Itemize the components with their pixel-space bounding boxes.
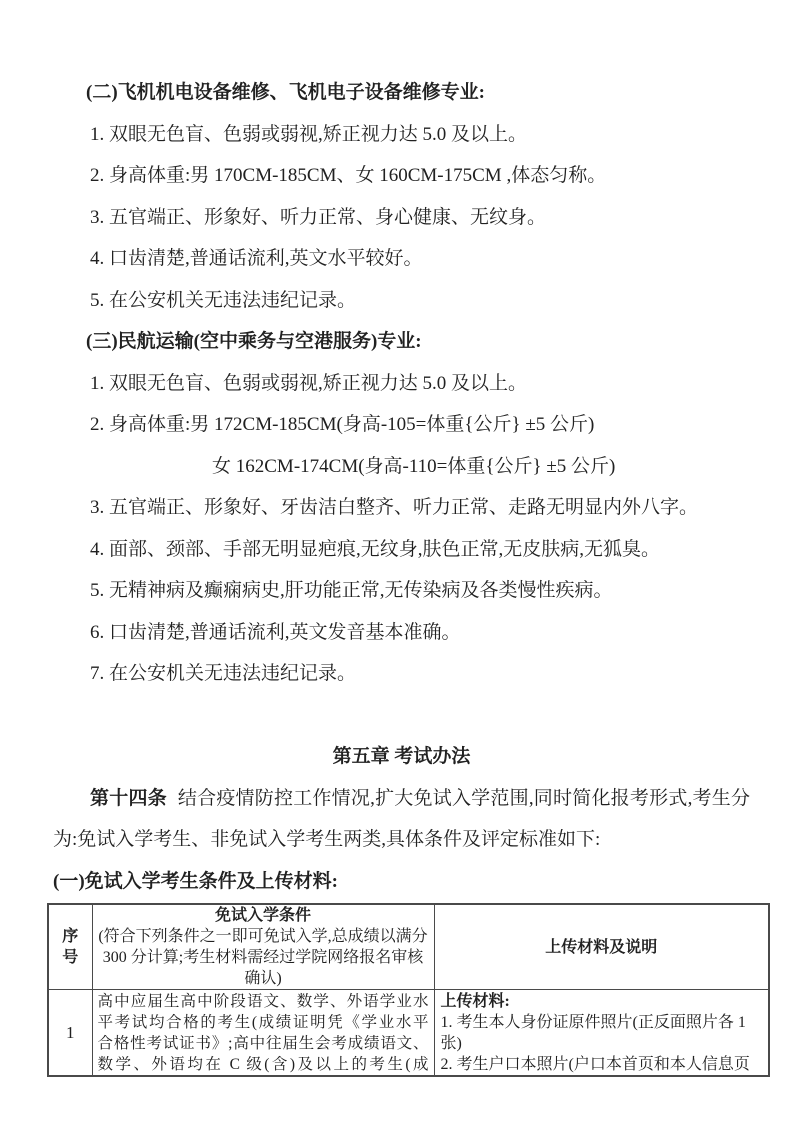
condition-line: 合格性考试证书》;高中往届生会考成绩语文、 [98,1033,429,1054]
blank-line [53,695,750,737]
table-row: 1 高中应届生高中阶段语文、数学、外语学业水 平考试均合格的考生(成绩证明凭《学… [48,990,769,1077]
header-cell-condition: 免试入学条件 (符合下列条件之一即可免试入学,总成绩以满分 300 分计算;考生… [92,904,434,990]
article-label: 第十四条 [90,788,167,809]
section-2-heading: (二)飞机机电设备维修、飞机电子设备维修专业: [53,72,750,114]
section-3-heading: (三)民航运输(空中乘务与空港服务)专业: [53,321,750,363]
section-3-item-5: 5. 无精神病及癫痫病史,肝功能正常,无传染病及各类慢性疾病。 [53,570,750,612]
section-3-item-2-continuation: 女 162CM-174CM(身高-110=体重{公斤} ±5 公斤) [53,446,750,488]
document-page: (二)飞机机电设备维修、飞机电子设备维修专业: 1. 双眼无色盲、色弱或弱视,矫… [0,0,800,1131]
table-header-row: 序号 免试入学条件 (符合下列条件之一即可免试入学,总成绩以满分 300 分计算… [48,904,769,990]
section-2-item-3: 3. 五官端正、形象好、听力正常、身心健康、无纹身。 [53,197,750,239]
section-3-item-3: 3. 五官端正、形象好、牙齿洁白整齐、听力正常、走路无明显内外八字。 [53,487,750,529]
subsection-heading: (一)免试入学考生条件及上传材料: [53,861,750,903]
section-2-item-1: 1. 双眼无色盲、色弱或弱视,矫正视力达 5.0 及以上。 [53,114,750,156]
materials-line: 张) [441,1033,763,1054]
condition-line: 高中应届生高中阶段语文、数学、外语学业水 [98,991,429,1012]
header-cell-materials: 上传材料及说明 [434,904,769,990]
row-materials-cell: 上传材料: 1. 考生本人身份证原件照片(正反面照片各 1 张) 2. 考生户口… [434,990,769,1077]
header-no-label: 序号 [61,926,79,968]
article-paragraph: 第十四条结合疫情防控工作情况,扩大免试入学范围,同时简化报考形式,考生分为:免试… [53,778,750,861]
materials-title: 上传材料: [441,991,763,1012]
section-2-item-4: 4. 口齿清楚,普通话流利,英文水平较好。 [53,238,750,280]
row-condition-cell: 高中应届生高中阶段语文、数学、外语学业水 平考试均合格的考生(成绩证明凭《学业水… [92,990,434,1077]
row-number-cell: 1 [48,990,92,1077]
section-3-item-6: 6. 口齿清楚,普通话流利,英文发音基本准确。 [53,612,750,654]
section-3-item-7: 7. 在公安机关无违法违纪记录。 [53,653,750,695]
header-condition-title: 免试入学条件 [93,905,434,926]
header-cell-no: 序号 [48,904,92,990]
header-condition-note: (符合下列条件之一即可免试入学,总成绩以满分 300 分计算;考生材料需经过学院… [93,926,434,989]
section-3-item-1: 1. 双眼无色盲、色弱或弱视,矫正视力达 5.0 及以上。 [53,363,750,405]
admission-table: 序号 免试入学条件 (符合下列条件之一即可免试入学,总成绩以满分 300 分计算… [47,903,770,1077]
materials-line: 1. 考生本人身份证原件照片(正反面照片各 1 [441,1012,763,1033]
section-2-item-5: 5. 在公安机关无违法违纪记录。 [53,280,750,322]
condition-line: 平考试均合格的考生(成绩证明凭《学业水平 [98,1012,429,1033]
page-content: (二)飞机机电设备维修、飞机电子设备维修专业: 1. 双眼无色盲、色弱或弱视,矫… [53,72,750,1077]
materials-line: 2. 考生户口本照片(户口本首页和本人信息页 [441,1054,763,1075]
section-3-item-4: 4. 面部、颈部、手部无明显疤痕,无纹身,肤色正常,无皮肤病,无狐臭。 [53,529,750,571]
section-2-item-2: 2. 身高体重:男 170CM-185CM、女 160CM-175CM ,体态匀… [53,155,750,197]
section-3-item-2: 2. 身高体重:男 172CM-185CM(身高-105=体重{公斤} ±5 公… [53,404,750,446]
condition-line: 数学、外语均在 C 级(含)及以上的考生(成 [98,1054,429,1075]
chapter-title: 第五章 考试办法 [53,736,750,778]
